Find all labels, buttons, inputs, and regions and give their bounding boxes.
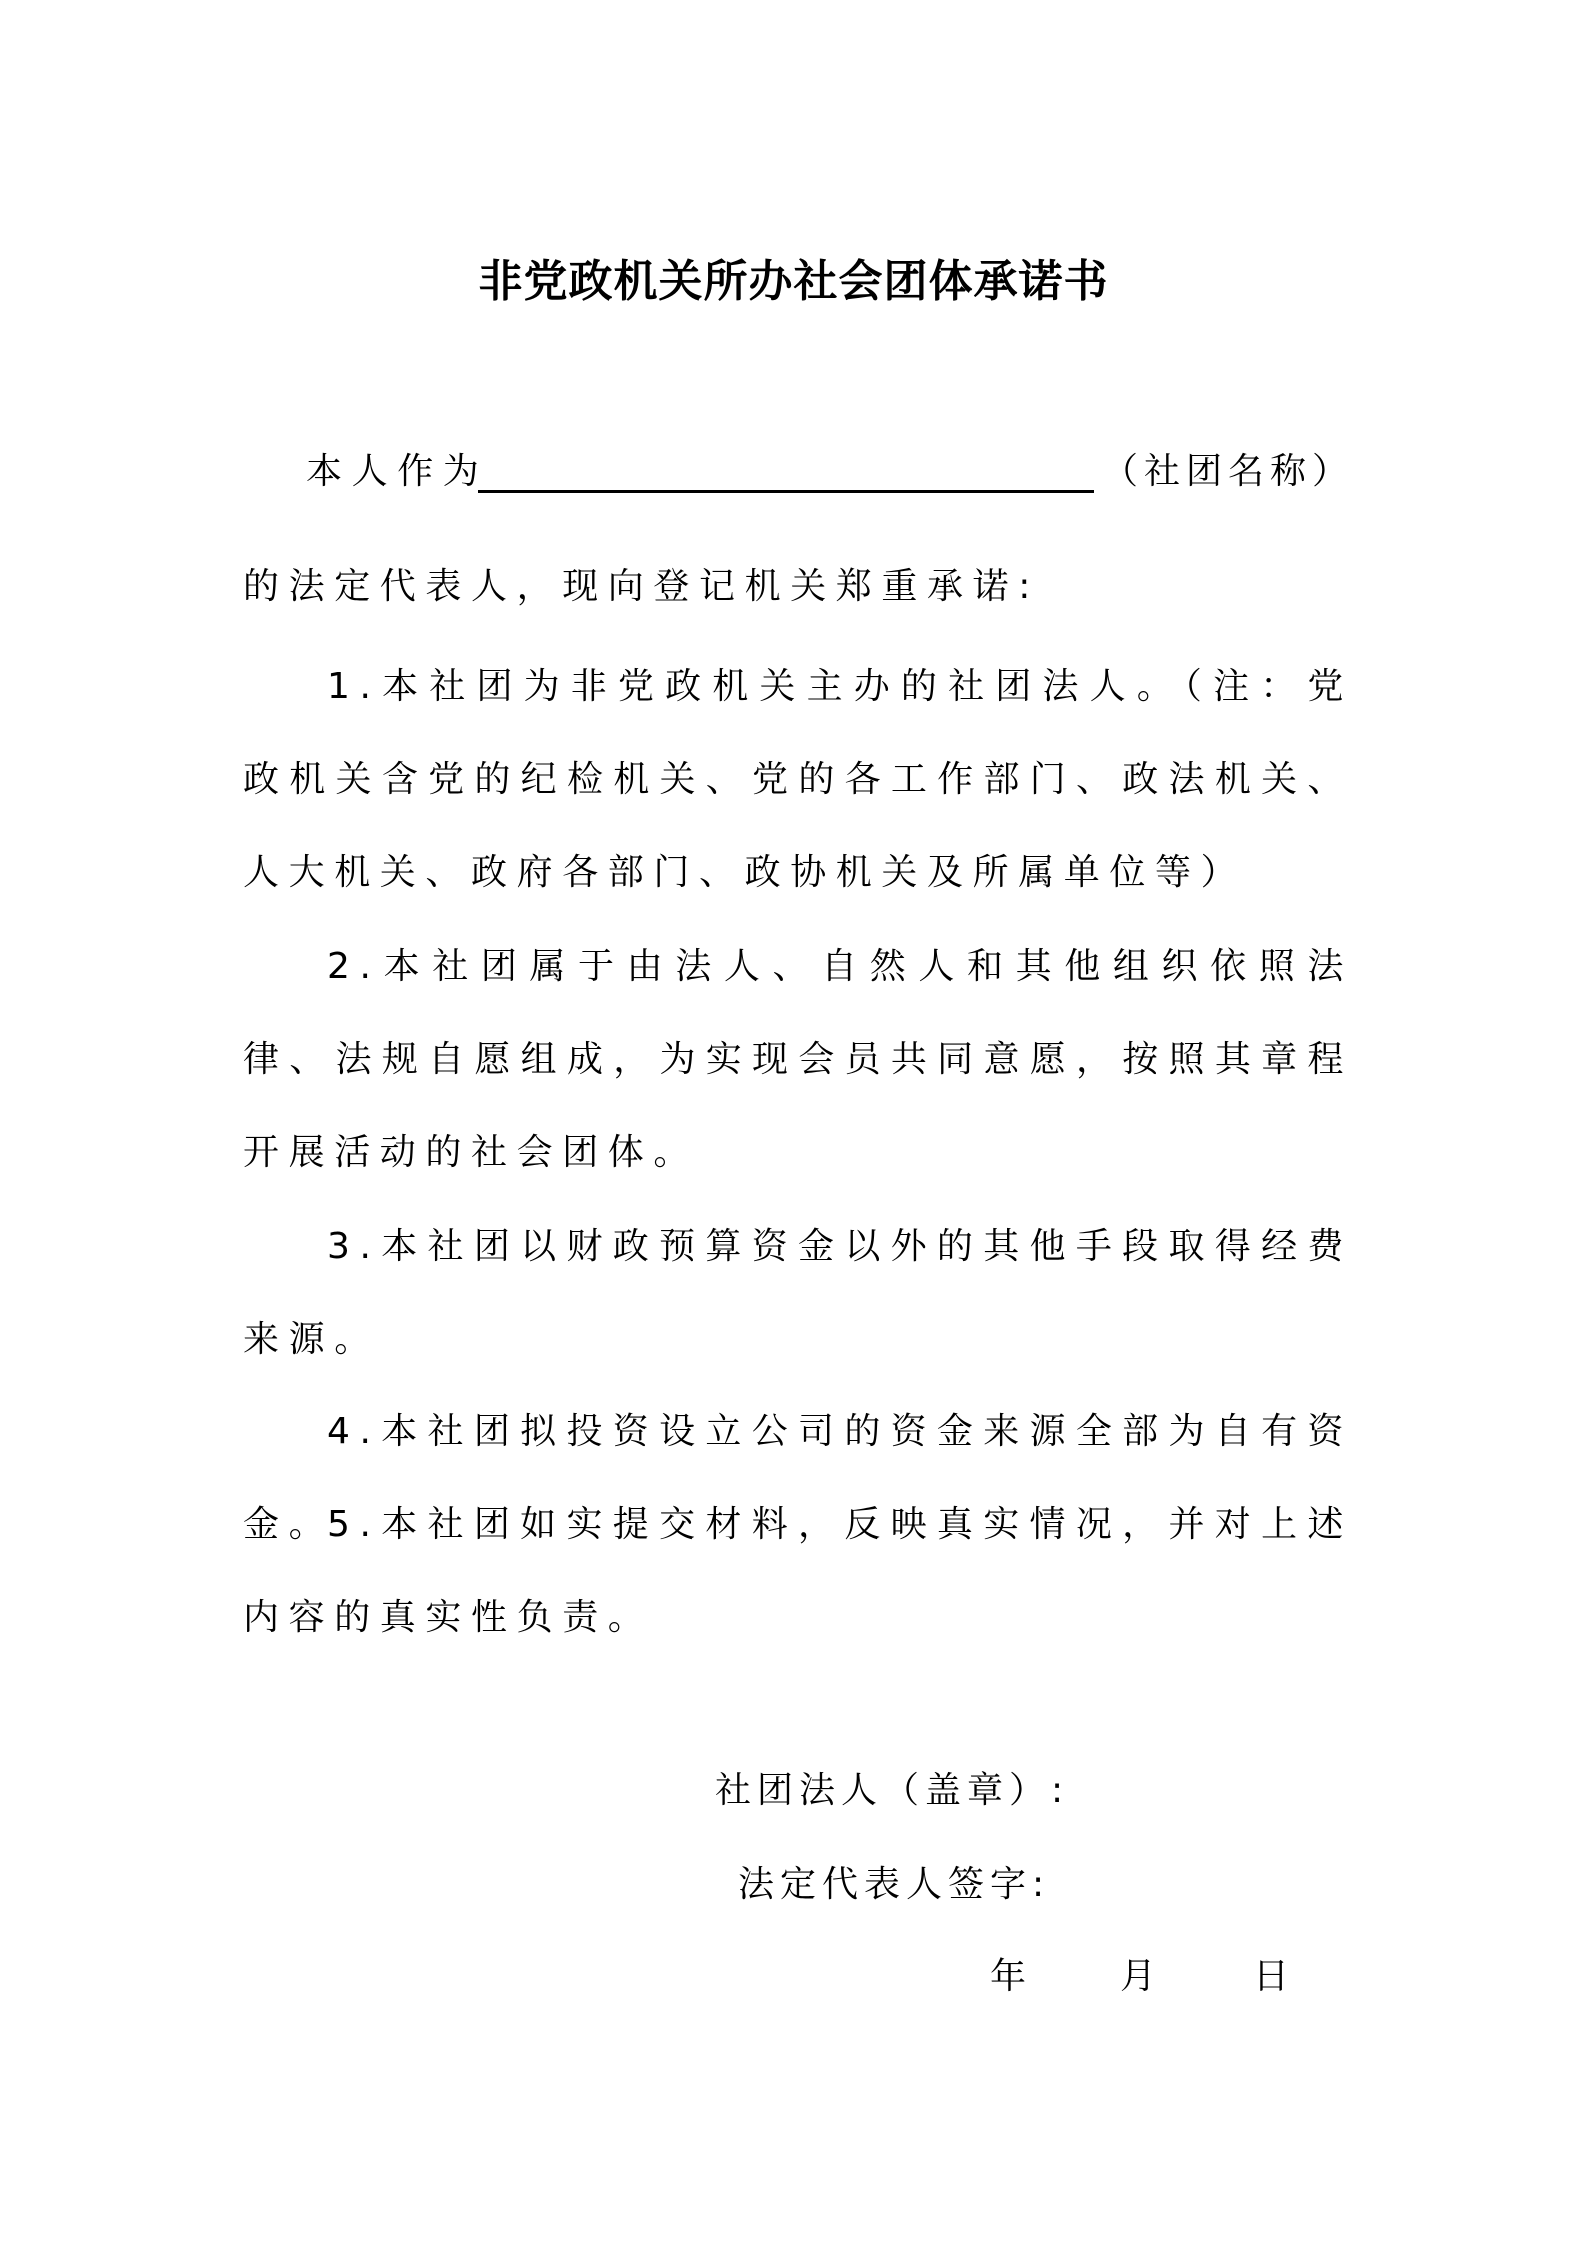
date-day-label: 日 — [1253, 1952, 1289, 2002]
intro-continuation: 的法定代表人，现向登记机关郑重承诺: — [243, 540, 1353, 633]
commitment-item-3: 3.本社团以财政预算资金以外的其他手段取得经费来源。 — [243, 1200, 1353, 1386]
representative-signature-label: 法定代表人签字: — [738, 1860, 1050, 1910]
document-title: 非党政机关所办社会团体承诺书 — [0, 252, 1587, 312]
commitment-item-1: 1.本社团为非党政机关主办的社团法人。（注：党政机关含党的纪检机关、党的各工作部… — [243, 640, 1353, 919]
commitment-item-2: 2.本社团属于由法人、自然人和其他组织依照法律、法规自愿组成，为实现会员共同意愿… — [243, 920, 1353, 1199]
date-year-label: 年 — [990, 1952, 1026, 2002]
intro-suffix: （社团名称） — [1102, 447, 1354, 497]
commitment-letter-page: 非党政机关所办社会团体承诺书 本人作为 （社团名称） 的法定代表人，现向登记机关… — [0, 0, 1587, 2245]
seal-label: 社团法人（盖章）: — [715, 1766, 1069, 1816]
date-row: 年 月 日 — [0, 1952, 1587, 2002]
date-month-label: 月 — [1120, 1952, 1156, 2002]
organization-name-blank-field[interactable] — [478, 490, 1094, 493]
intro-label: 本人作为 — [306, 447, 488, 497]
commitment-item-5: 5.本社团如实提交材料，反映真实情况，并对上述内容的真实性负责。 — [243, 1478, 1353, 1664]
